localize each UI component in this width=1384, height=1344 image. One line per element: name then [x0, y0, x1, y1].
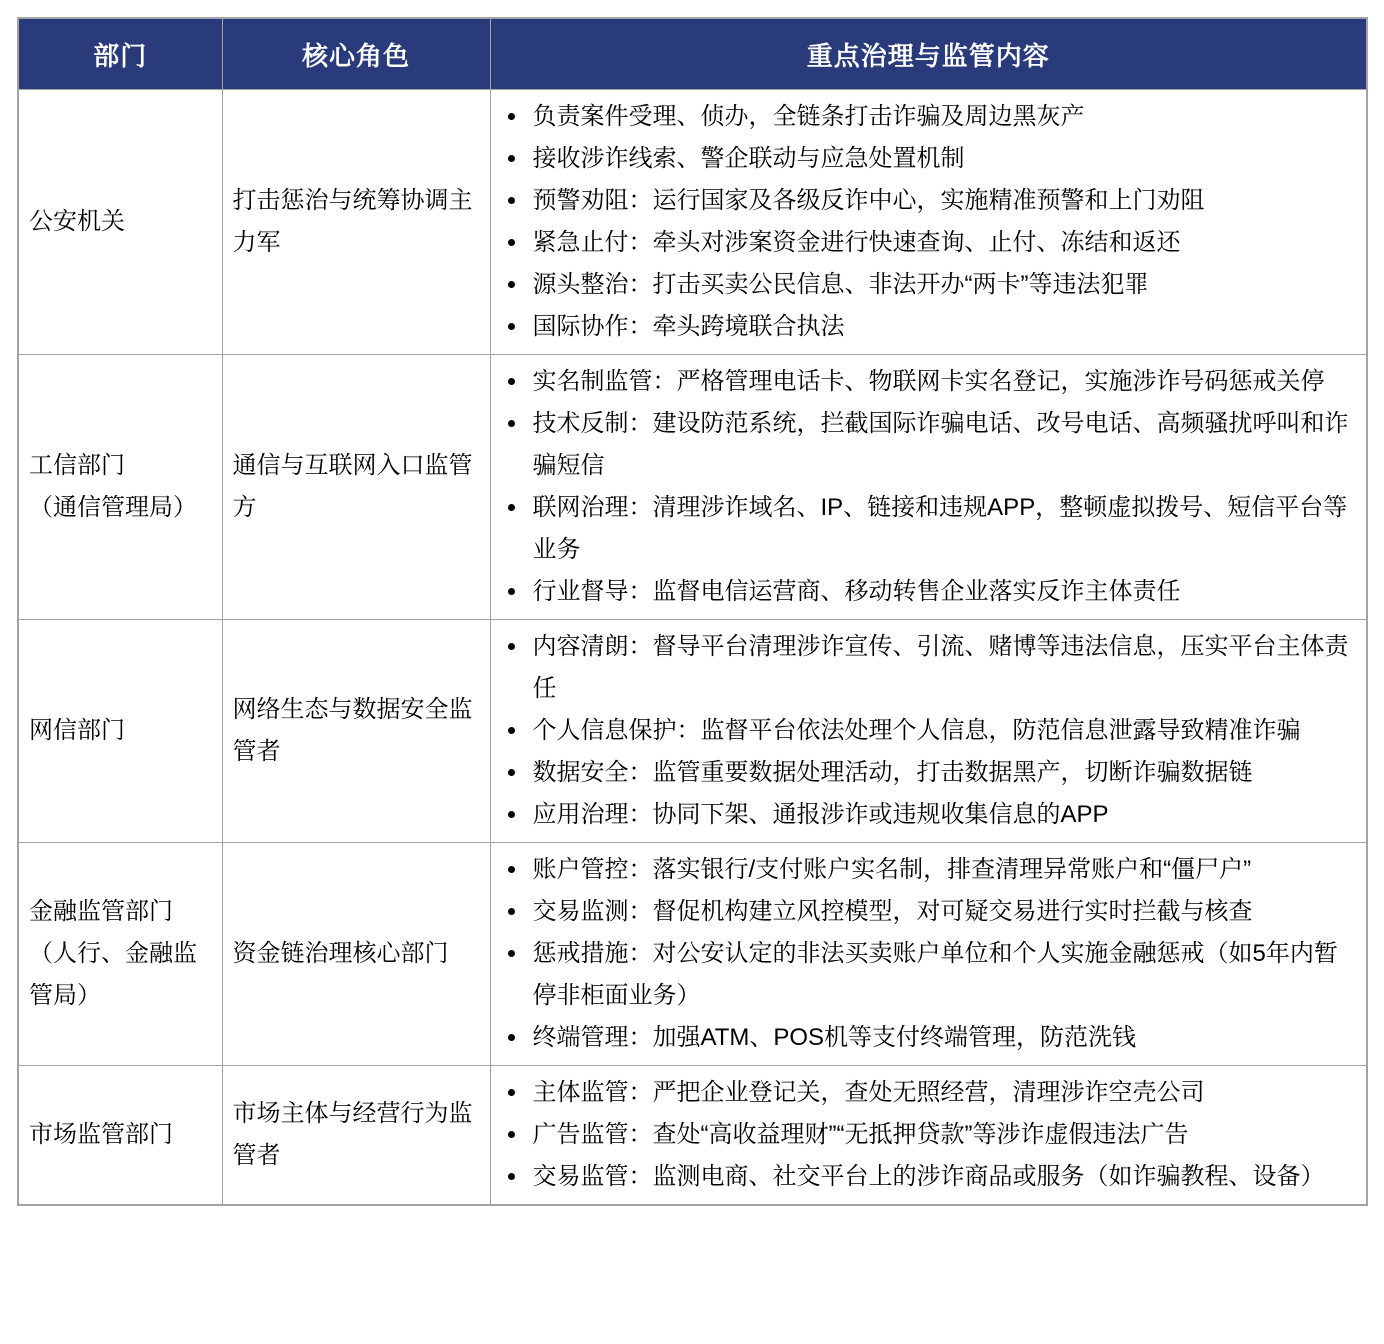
bullet-list: 内容清朗：督导平台清理涉诈宣传、引流、赌博等违法信息，压实平台主体责任 个人信息…: [501, 626, 1357, 836]
bullet-item: 数据安全：监管重要数据处理活动，打击数据黑产，切断诈骗数据链: [529, 752, 1357, 794]
role-cell: 打击惩治与统筹协调主力军: [222, 90, 490, 355]
table-row-public-security: 公安机关 打击惩治与统筹协调主力军 负责案件受理、侦办，全链条打击诈骗及周边黑灰…: [18, 90, 1367, 355]
bullet-item: 联网治理：清理涉诈域名、IP、链接和违规APP，整顿虚拟拨号、短信平台等业务: [529, 487, 1357, 571]
bullet-item: 终端管理：加强ATM、POS机等支付终端管理，防范洗钱: [529, 1017, 1357, 1059]
dept-cell: 金融监管部门 （人行、金融监管局）: [18, 843, 222, 1066]
content-cell: 内容清朗：督导平台清理涉诈宣传、引流、赌博等违法信息，压实平台主体责任 个人信息…: [490, 620, 1367, 843]
bullet-list: 账户管控：落实银行/支付账户实名制，排查清理异常账户和“僵尸户” 交易监测：督促…: [501, 849, 1357, 1059]
bullet-list: 负责案件受理、侦办，全链条打击诈骗及周边黑灰产 接收涉诈线索、警企联动与应急处置…: [501, 96, 1357, 348]
bullet-item: 内容清朗：督导平台清理涉诈宣传、引流、赌博等违法信息，压实平台主体责任: [529, 626, 1357, 710]
role-cell: 资金链治理核心部门: [222, 843, 490, 1066]
table-row-cyberspace: 网信部门 网络生态与数据安全监管者 内容清朗：督导平台清理涉诈宣传、引流、赌博等…: [18, 620, 1367, 843]
bullet-item: 国际协作：牵头跨境联合执法: [529, 306, 1357, 348]
bullet-item: 账户管控：落实银行/支付账户实名制，排查清理异常账户和“僵尸户”: [529, 849, 1357, 891]
bullet-list: 实名制监管：严格管理电话卡、物联网卡实名登记，实施涉诈号码惩戒关停 技术反制：建…: [501, 361, 1357, 613]
bullet-item: 紧急止付：牵头对涉案资金进行快速查询、止付、冻结和返还: [529, 222, 1357, 264]
table-row-financial: 金融监管部门 （人行、金融监管局） 资金链治理核心部门 账户管控：落实银行/支付…: [18, 843, 1367, 1066]
role-cell: 网络生态与数据安全监管者: [222, 620, 490, 843]
bullet-item: 应用治理：协同下架、通报涉诈或违规收集信息的APP: [529, 794, 1357, 836]
content-cell: 负责案件受理、侦办，全链条打击诈骗及周边黑灰产 接收涉诈线索、警企联动与应急处置…: [490, 90, 1367, 355]
bullet-item: 交易监测：督促机构建立风控模型，对可疑交易进行实时拦截与核查: [529, 891, 1357, 933]
content-cell: 账户管控：落实银行/支付账户实名制，排查清理异常账户和“僵尸户” 交易监测：督促…: [490, 843, 1367, 1066]
regulation-table: 部门 核心角色 重点治理与监管内容 公安机关 打击惩治与统筹协调主力军 负责案件…: [17, 17, 1368, 1206]
bullet-item: 个人信息保护：监督平台依法处理个人信息，防范信息泄露导致精准诈骗: [529, 710, 1357, 752]
bullet-item: 交易监管：监测电商、社交平台上的涉诈商品或服务（如诈骗教程、设备）: [529, 1156, 1357, 1198]
col-header-core-role: 核心角色: [222, 18, 490, 90]
bullet-item: 接收涉诈线索、警企联动与应急处置机制: [529, 138, 1357, 180]
bullet-item: 实名制监管：严格管理电话卡、物联网卡实名登记，实施涉诈号码惩戒关停: [529, 361, 1357, 403]
bullet-item: 技术反制：建设防范系统，拦截国际诈骗电话、改号电话、高频骚扰呼叫和诈骗短信: [529, 403, 1357, 487]
bullet-item: 预警劝阻：运行国家及各级反诈中心，实施精准预警和上门劝阻: [529, 180, 1357, 222]
bullet-item: 惩戒措施：对公安认定的非法买卖账户单位和个人实施金融惩戒（如5年内暂停非柜面业务…: [529, 933, 1357, 1017]
bullet-item: 源头整治：打击买卖公民信息、非法开办“两卡”等违法犯罪: [529, 264, 1357, 306]
dept-cell: 网信部门: [18, 620, 222, 843]
dept-cell: 工信部门 （通信管理局）: [18, 355, 222, 620]
bullet-list: 主体监管：严把企业登记关，查处无照经营，清理涉诈空壳公司 广告监管：查处“高收益…: [501, 1072, 1357, 1198]
dept-cell: 市场监管部门: [18, 1066, 222, 1206]
bullet-item: 行业督导：监督电信运营商、移动转售企业落实反诈主体责任: [529, 571, 1357, 613]
col-header-department: 部门: [18, 18, 222, 90]
table-row-miit: 工信部门 （通信管理局） 通信与互联网入口监管方 实名制监管：严格管理电话卡、物…: [18, 355, 1367, 620]
bullet-item: 负责案件受理、侦办，全链条打击诈骗及周边黑灰产: [529, 96, 1357, 138]
table-header-row: 部门 核心角色 重点治理与监管内容: [18, 18, 1367, 90]
content-cell: 主体监管：严把企业登记关，查处无照经营，清理涉诈空壳公司 广告监管：查处“高收益…: [490, 1066, 1367, 1206]
content-cell: 实名制监管：严格管理电话卡、物联网卡实名登记，实施涉诈号码惩戒关停 技术反制：建…: [490, 355, 1367, 620]
bullet-item: 主体监管：严把企业登记关，查处无照经营，清理涉诈空壳公司: [529, 1072, 1357, 1114]
bullet-item: 广告监管：查处“高收益理财”“无抵押贷款”等涉诈虚假违法广告: [529, 1114, 1357, 1156]
role-cell: 市场主体与经营行为监管者: [222, 1066, 490, 1206]
page: 部门 核心角色 重点治理与监管内容 公安机关 打击惩治与统筹协调主力军 负责案件…: [0, 0, 1384, 1344]
table-row-market: 市场监管部门 市场主体与经营行为监管者 主体监管：严把企业登记关，查处无照经营，…: [18, 1066, 1367, 1206]
col-header-regulation-content: 重点治理与监管内容: [490, 18, 1367, 90]
dept-cell: 公安机关: [18, 90, 222, 355]
role-cell: 通信与互联网入口监管方: [222, 355, 490, 620]
